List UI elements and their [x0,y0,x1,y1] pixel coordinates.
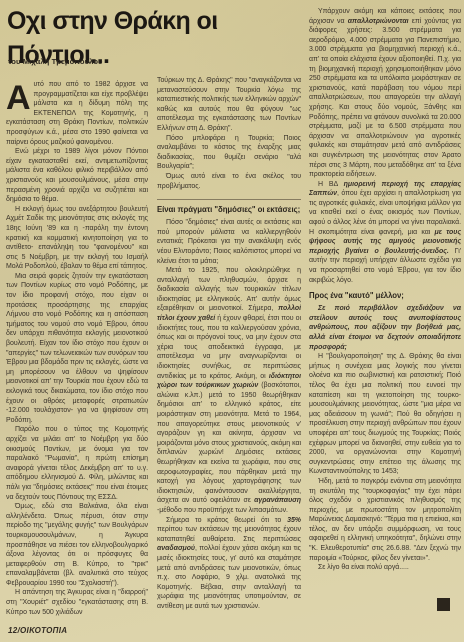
paragraph: Η ΒΔ ημιορεινή περιοχή της επαρχίας Σαππ… [309,180,461,286]
paragraph: Μετά το 1925, που ολοκληρώθηκε η ανταλλα… [157,266,301,515]
paragraph: Σε λίγο θα είναι πολύ αργά..... [309,563,461,573]
text-segment: Σε ποιό περιβάλλον σχεδιάζουν να στείλου… [309,305,461,350]
text-segment: -μέθοδο που προϋπήρχε των λιπασμάτων. [157,507,288,514]
text-segment: Πόσο μπλοφάρει η Τουρκία; Ποιος αναλαμβά… [157,135,301,171]
footer-page-number: 12/ΟΙΚΟΤΟΠΙΑ [8,626,67,635]
text-segment: Η ΒΔ [318,181,344,188]
paragraph: Ενώ μέχρι το 1989 λίγοι μόνον Πόντιοι εί… [6,147,148,205]
text-segment: Παρόλο που ο τύπος της Κομοτηνής αρχίζει… [6,426,148,500]
text-segment: Προς ένα "καυτό" μέλλον; [309,291,404,300]
paragraph: Πόσο "δημόσιες" είναι αυτές οι εκτάσεις … [157,218,301,266]
text-segment: επί χούντας για διάφορες χρήσεις: 3.500 … [309,18,461,179]
text-column-1: Αυτό που από το 1982 άρχισε να προγραμμα… [6,80,148,620]
paragraph: Αυτό που από το 1982 άρχισε να προγραμμα… [6,80,148,147]
end-of-article-mark [437,598,450,611]
paragraph: Η εκλογή όμως του ανεξάρτητου βουλευτή Α… [6,205,148,272]
paragraph: Υπάρχουν ακόμη και κάποιες εκτάσεις που … [309,7,461,180]
text-segment: Η "βουλγαροποίηση" της Δ. Θράκης θα είνα… [309,353,461,475]
text-segment: Η απάντηση της Άγκυρας είναι η "διαρροή"… [6,589,148,615]
text-segment: αγρανάπαυση [254,497,301,504]
text-segment: (βοσκότοποι, αλώνια κ.λπ.) μετά το 1950 … [157,382,301,504]
text-segment: Τούρκων της Δ. Θράκης" που "αναγκάζονται… [157,77,301,132]
text-segment: Σήμερα το κράτος θεωρεί ότι το [166,517,287,524]
paragraph: Σε ποιό περιβάλλον σχεδιάζουν να στείλου… [309,304,461,352]
text-segment: Σε λίγο θα είναι πολύ αργά..... [318,564,409,571]
paragraph: Η "βουλγαροποίηση" της Δ. Θράκης θα είνα… [309,352,461,477]
text-segment: , πολλοί έχουν χάσει ακόμη και τις μισές… [157,545,301,610]
text-column-3: Υπάρχουν ακόμη και κάποιες εκτάσεις που … [309,7,461,613]
paragraph: Μια σειρά φορείς ζητούν την εγκατάσταση … [6,272,148,426]
paragraph: Η απάντηση της Άγκυρας είναι η "διαρροή"… [6,588,148,617]
text-segment: αναδασμού [157,545,195,552]
paragraph: Παρόλο που ο τύπος της Κομοτηνής αρχίζει… [6,425,148,502]
text-segment: απαλλοτριώνονται [348,18,409,25]
text-segment: 35% [287,517,301,524]
text-segment: Η εκλογή όμως του ανεξάρτητου βουλευτή Α… [6,206,148,271]
text-segment: Ενώ μέχρι το 1989 λίγοι μόνον Πόντιοι εί… [6,148,148,203]
byline: του Μιχάλη Τρεμόπουλου [8,57,103,66]
paragraph: Τούρκων της Δ. Θράκης" που "αναγκάζονται… [157,76,301,134]
paragraph: Όμως αυτό είναι το ένα σκέλος του προβλή… [157,172,301,191]
section-heading: Είναι πράγματι "δημόσιες" οι εκτάσεις; [157,199,301,215]
text-column-2: Τούρκων της Δ. Θράκης" που "αναγκάζονται… [157,76,301,618]
text-segment: Ήδη, μετά το πογκρόμ ενάντια στη μειονότ… [309,478,461,562]
paragraph: Όμως, εδώ στα Βαλκάνια, όλα είναι αλληλέ… [6,502,148,588]
text-segment: περίπου των εκτάσεων της μειονότητας έχο… [157,526,301,543]
text-segment: Πόσο "δημόσιες" είναι αυτές οι εκτάσεις … [157,219,301,264]
text-segment: Όμως, εδώ στα Βαλκάνια, όλα είναι αλληλέ… [6,503,148,587]
magazine-page: Οχι στην Θράκη οι Πόντιοι... του Μιχάλη … [0,0,464,642]
paragraph: Ήδη, μετά το πογκρόμ ενάντια στη μειονότ… [309,477,461,563]
text-segment: Είναι πράγματι "δημόσιες" οι εκτάσεις; [157,205,300,214]
text-segment: Όμως αυτό είναι το ένα σκέλος του προβλή… [157,173,301,190]
text-segment: Μια σειρά φορείς ζητούν την εγκατάσταση … [6,273,148,424]
paragraph: Πόσο μπλοφάρει η Τουρκία; Ποιος αναλαμβά… [157,134,301,172]
paragraph: Σήμερα το κράτος θεωρεί ότι το 35% περίπ… [157,516,301,612]
dropcap-letter: Α [6,81,31,115]
text-segment: ή έχουν φθαρεί, έτσι που οι ιδιοκτήτες τ… [157,315,301,380]
section-heading: Προς ένα "καυτό" μέλλον; [309,291,461,301]
